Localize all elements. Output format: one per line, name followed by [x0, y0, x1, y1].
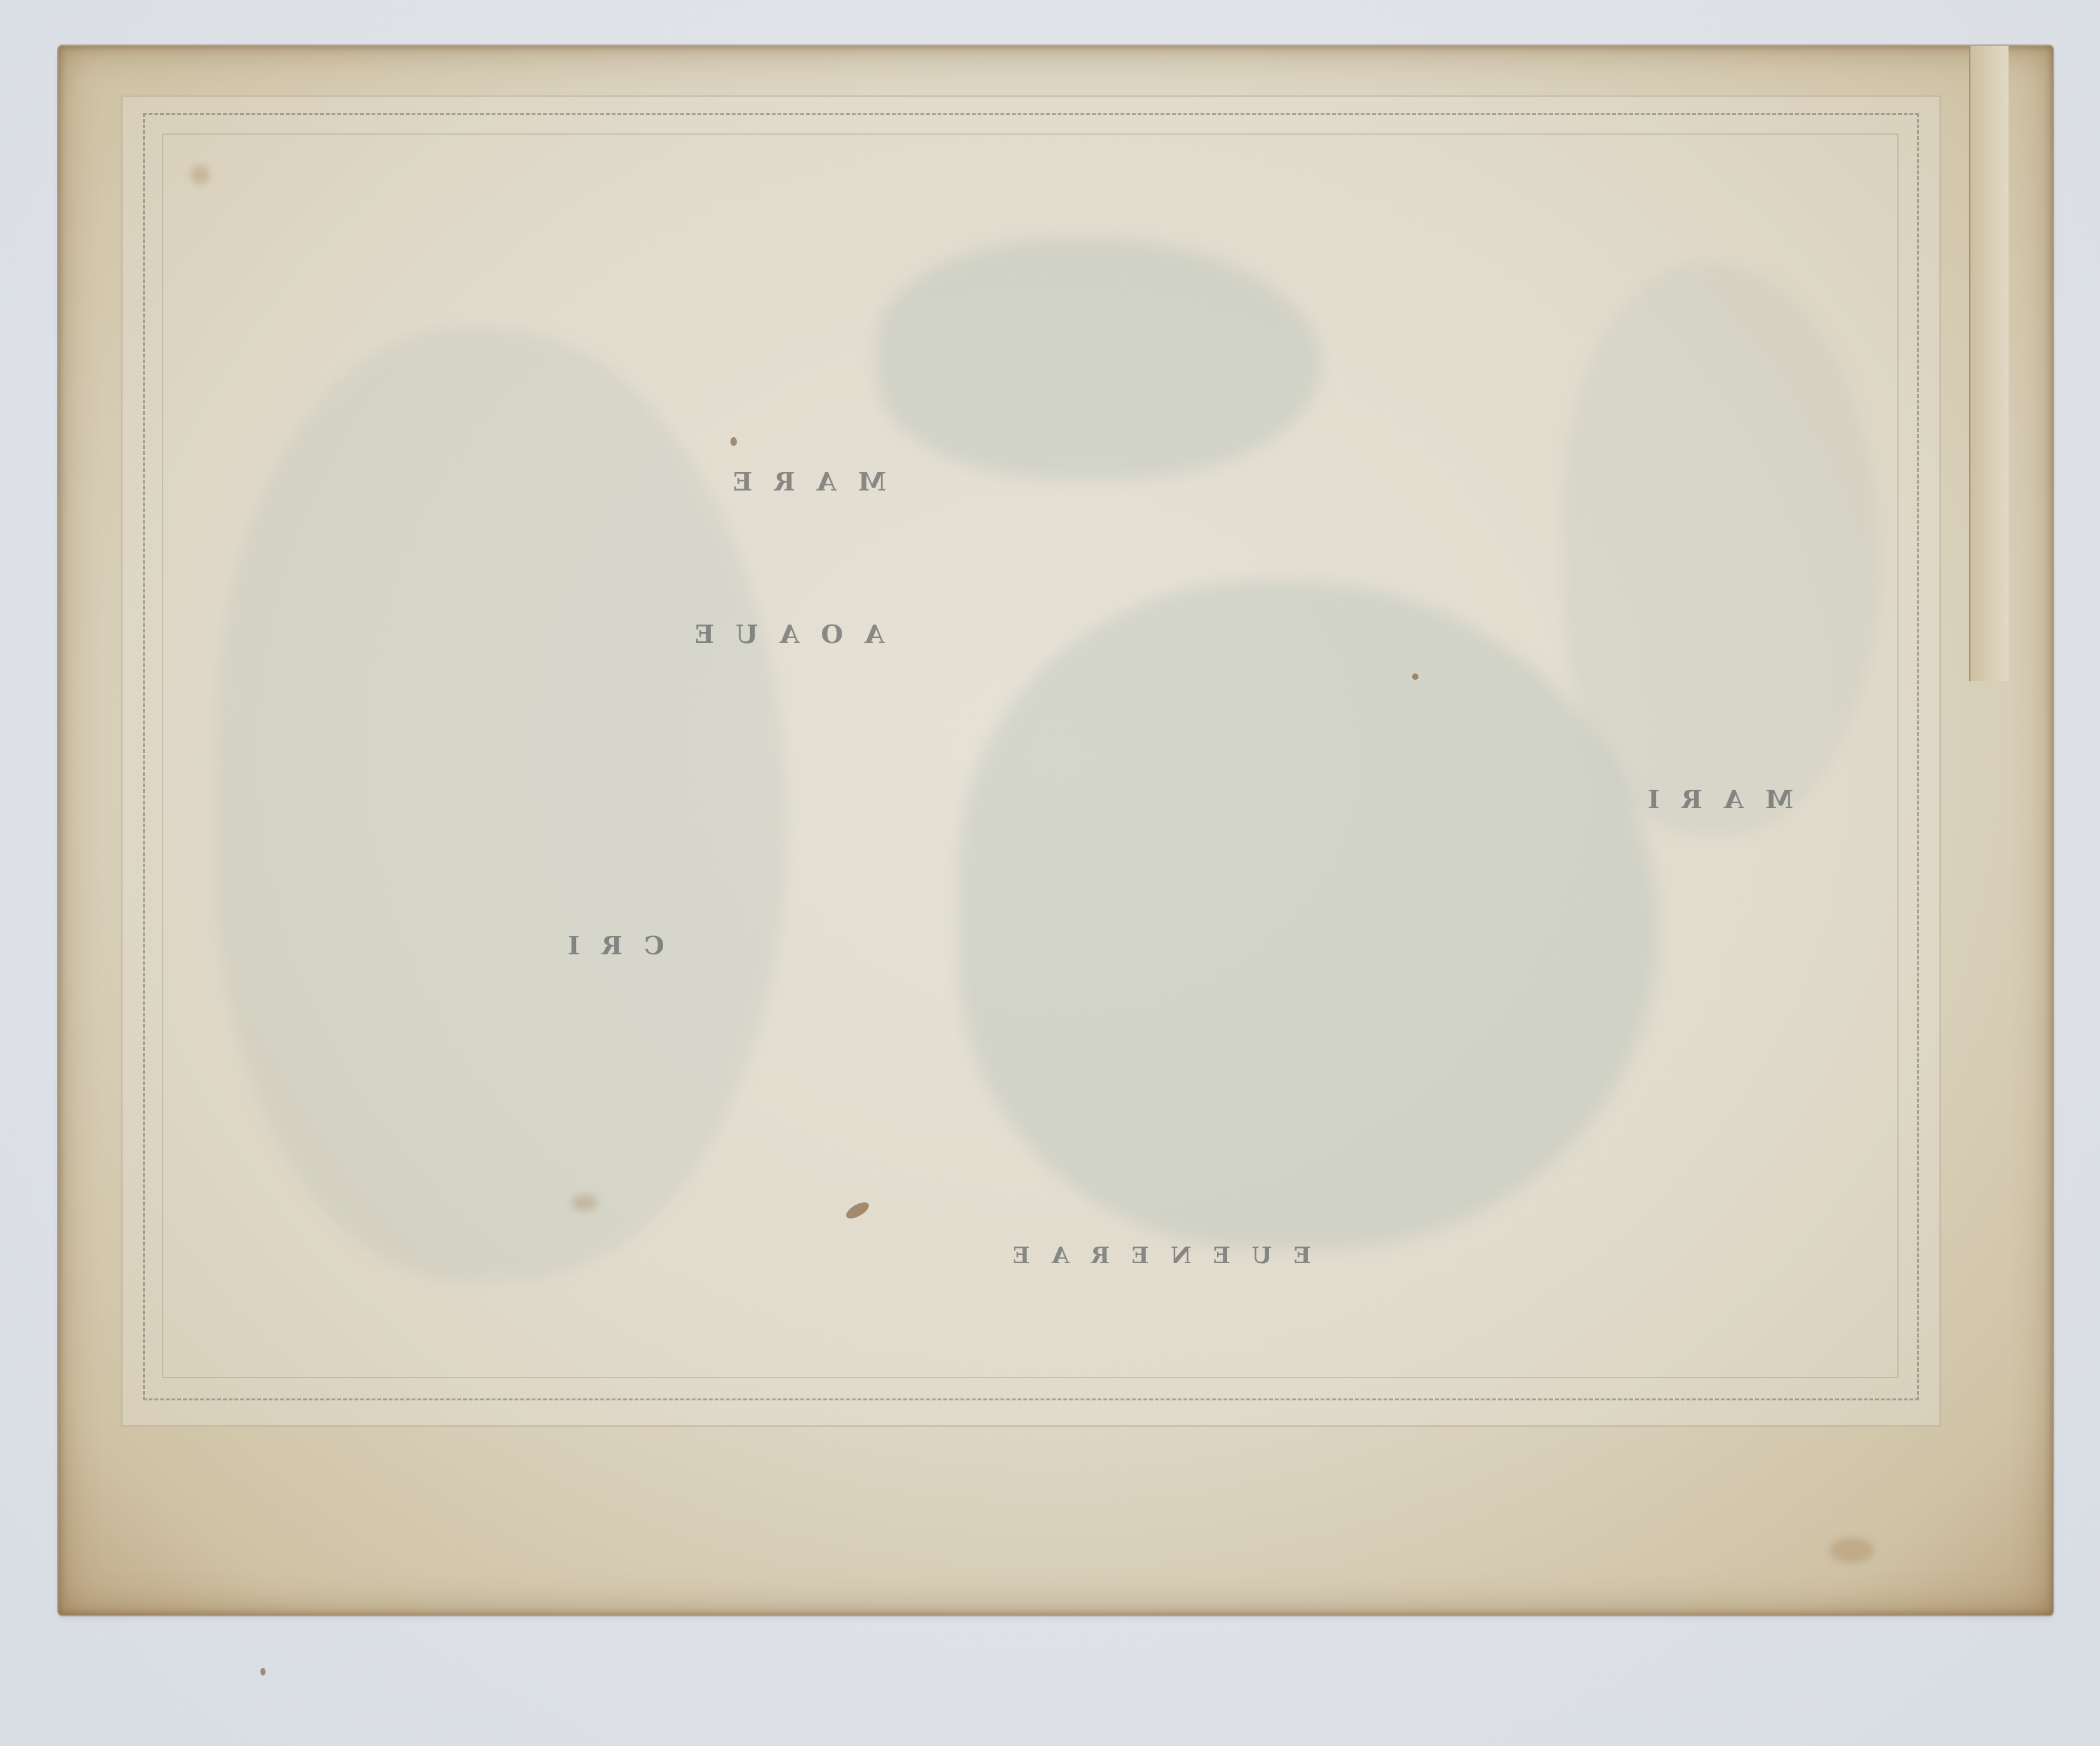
stain-spot	[1412, 673, 1418, 680]
mirrored-label: AOAUE	[673, 619, 884, 649]
foxing-spot	[1829, 1538, 1874, 1563]
mirrored-label: MARI	[1626, 785, 1793, 815]
mirrored-label: MARE	[711, 467, 886, 497]
mirrored-label: CRI	[546, 931, 664, 961]
foxing-spot	[572, 1194, 597, 1211]
stain-spot	[260, 1668, 266, 1675]
mirrored-label: EUENERAE	[991, 1242, 1311, 1269]
map-bleed-through: MARE AOAUE MARI CRI EUENERAE	[165, 137, 1893, 1372]
landmass-shadow	[216, 327, 788, 1280]
landmass-shadow	[959, 581, 1658, 1249]
landmass-shadow	[877, 238, 1321, 480]
stain-spot	[730, 437, 737, 446]
foxing-spot	[191, 165, 210, 184]
torn-edge-strip	[1969, 46, 2009, 681]
landmass-shadow	[1563, 264, 1880, 836]
